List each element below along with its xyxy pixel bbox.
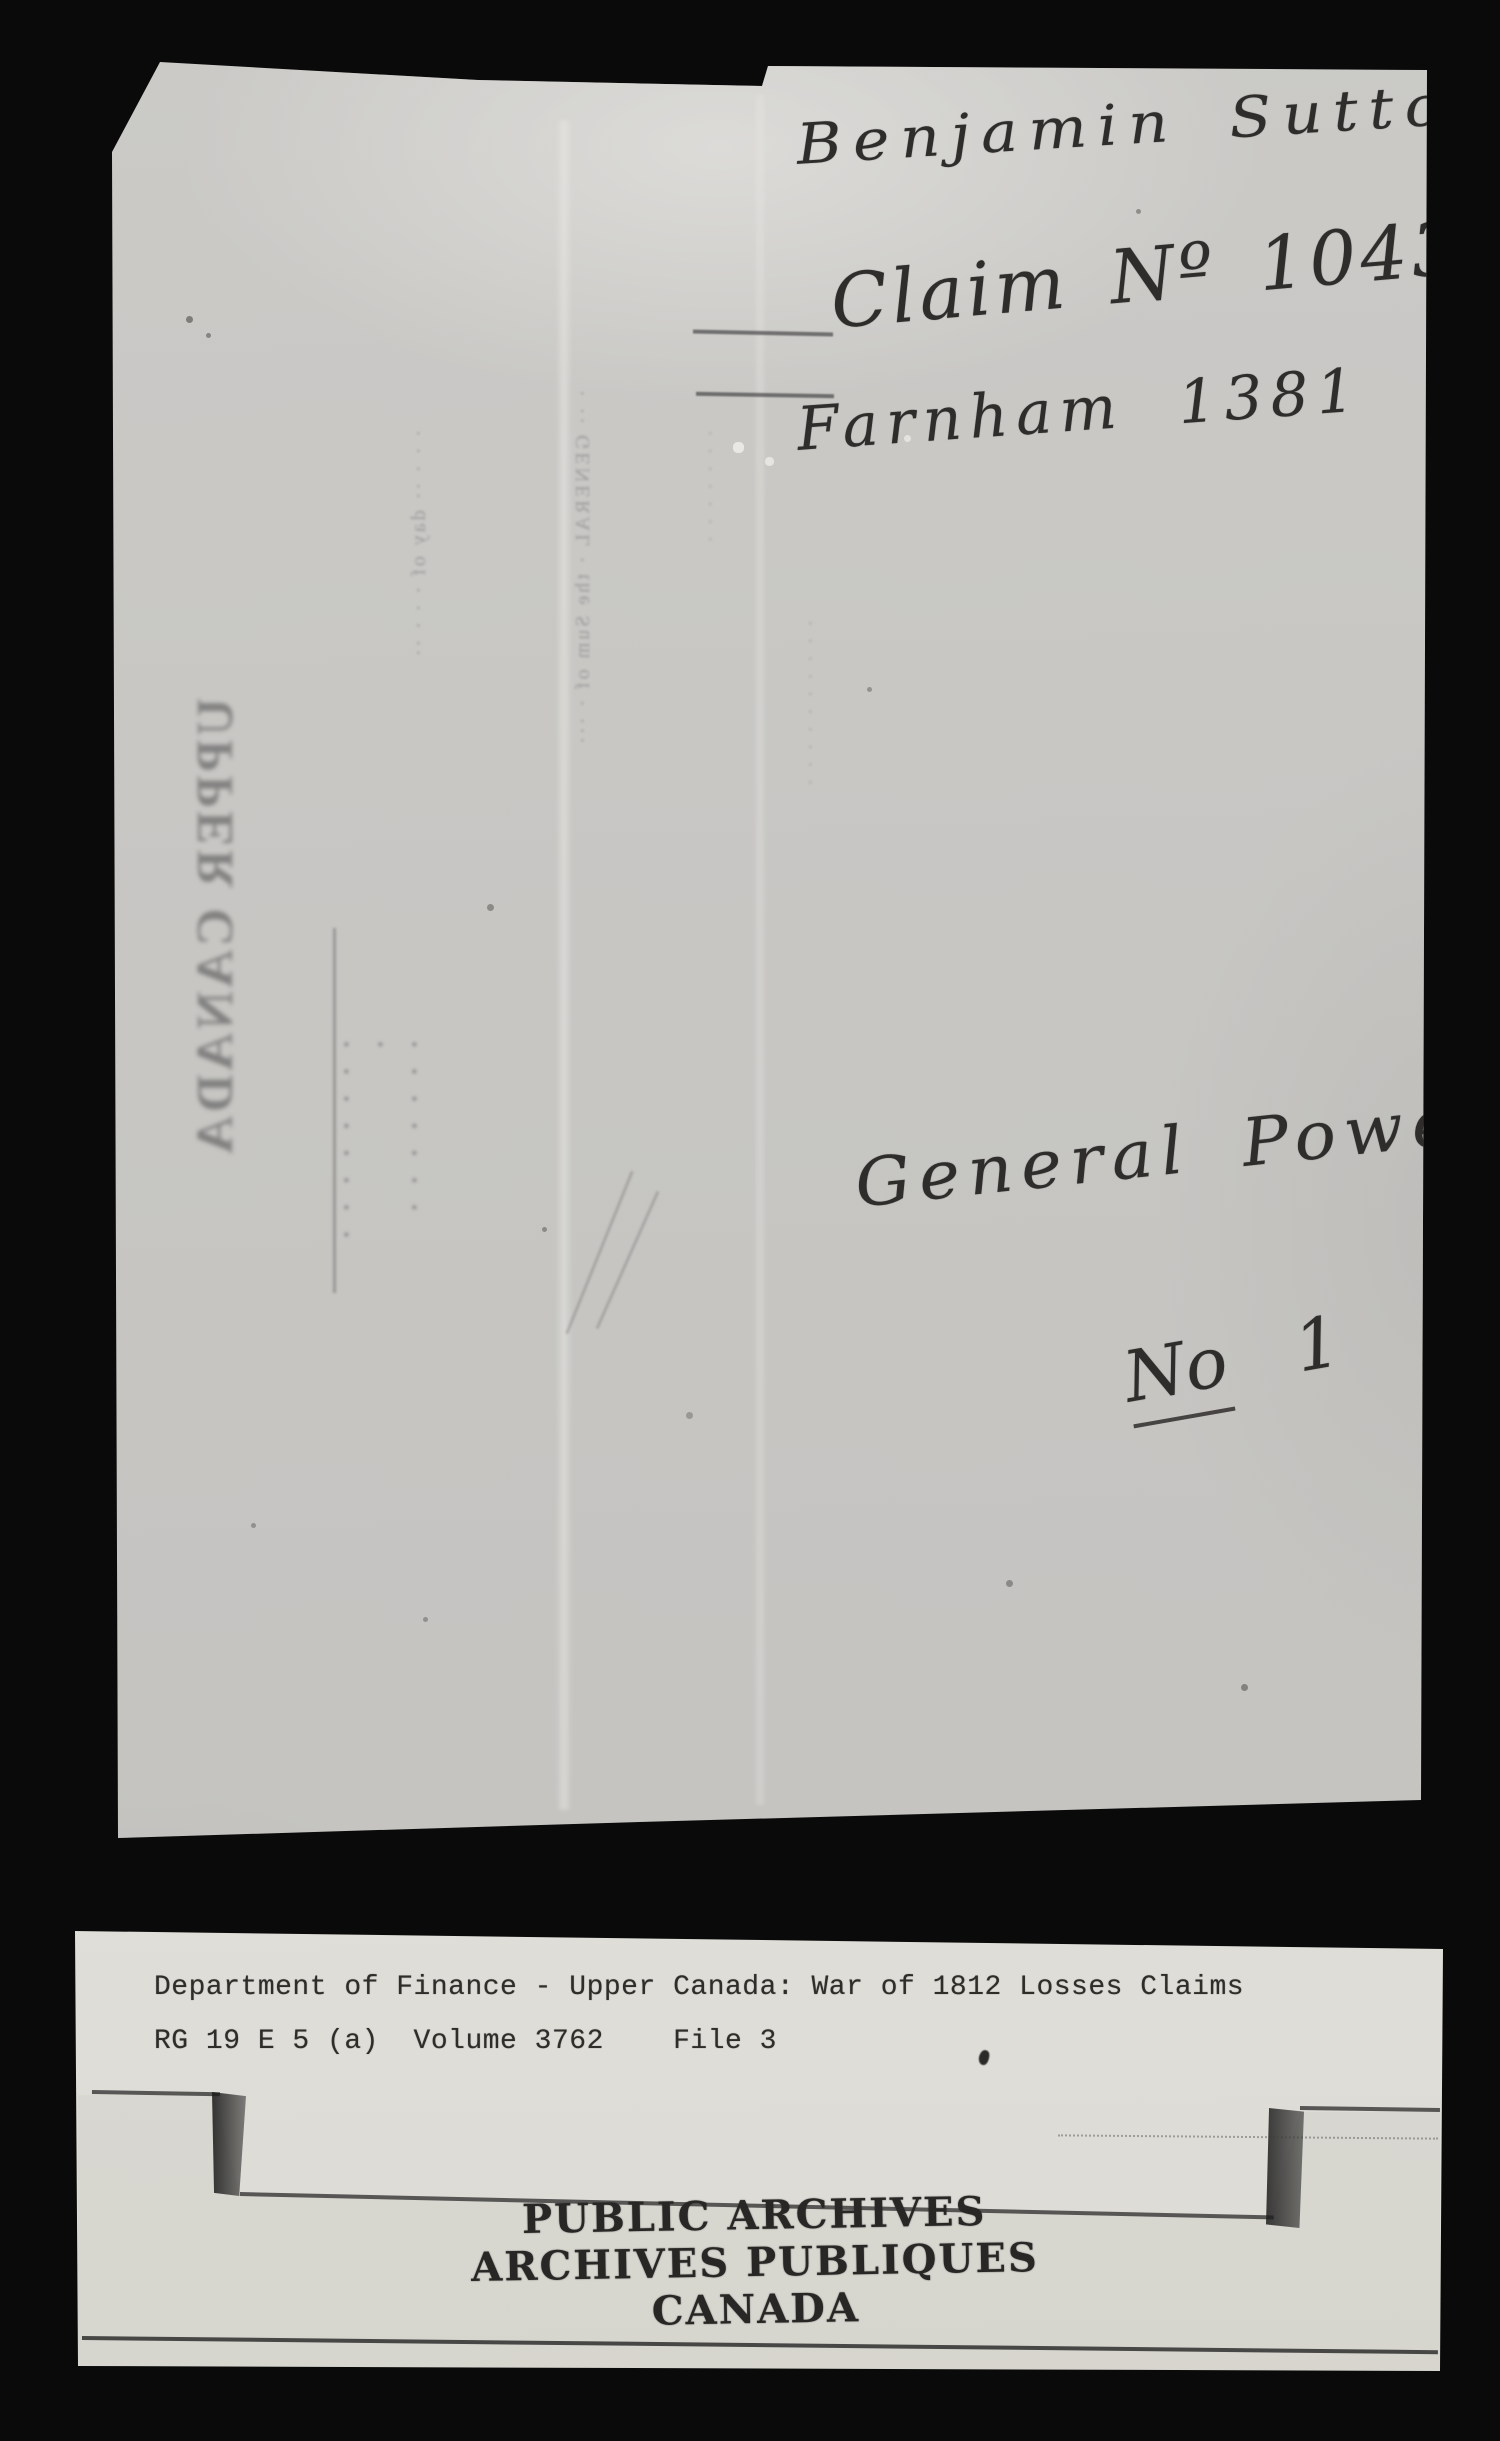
bleedthrough-column: · · · · · · ·	[700, 430, 723, 770]
handwriting-claimant-name: Benjamin Sutton	[795, 75, 1500, 174]
reference-line-collection: Department of Finance - Upper Canada: Wa…	[154, 1972, 1244, 2003]
pencil-scribble	[565, 1171, 633, 1334]
card-boundary-line	[1300, 2106, 1440, 2112]
ink-speck	[977, 2049, 991, 2066]
handwriting-secondary-number: Farnham 1381	[795, 360, 1365, 459]
handwriting-no-value: 1	[1288, 1300, 1346, 1388]
paper-crease	[556, 120, 572, 1810]
handwriting-claim-number: Claim Nº 1043	[828, 211, 1465, 340]
handwriting-number-one: No1	[975, 1237, 1358, 1505]
reference-line-volume-file: RG 19 E 5 (a) Volume 3762 File 3	[154, 2026, 777, 2057]
bleedthrough-cluster: · · · · · · · · · · · · · · · ·	[330, 1040, 432, 1260]
step-shadow-right	[1266, 2108, 1304, 2228]
bleedthrough-column: · ·· GENERAL · the Sum of · ···	[572, 390, 595, 1080]
paper-crease	[754, 95, 766, 1805]
archival-scan-page: UPPER CANADA · ·· GENERAL · the Sum of ·…	[0, 0, 1500, 2441]
handwriting-general-power: General Power	[852, 1084, 1500, 1218]
ink-specks	[0, 0, 3, 3]
step-shadow-left	[212, 2092, 246, 2196]
paper-highlights	[0, 0, 3, 3]
pencil-scribble	[596, 1191, 660, 1329]
handwriting-no-label: No	[1118, 1320, 1236, 1429]
public-archives-stamp: PUBLIC ARCHIVES ARCHIVES PUBLIQUES CANAD…	[349, 2185, 1161, 2340]
bleedthrough-column: · · · · · · · · · ·	[800, 620, 823, 1180]
upper-canada-watermark-text: UPPER CANADA	[186, 698, 296, 1378]
bleedthrough-column: · · · ·· day of · · · ··	[408, 430, 431, 1070]
